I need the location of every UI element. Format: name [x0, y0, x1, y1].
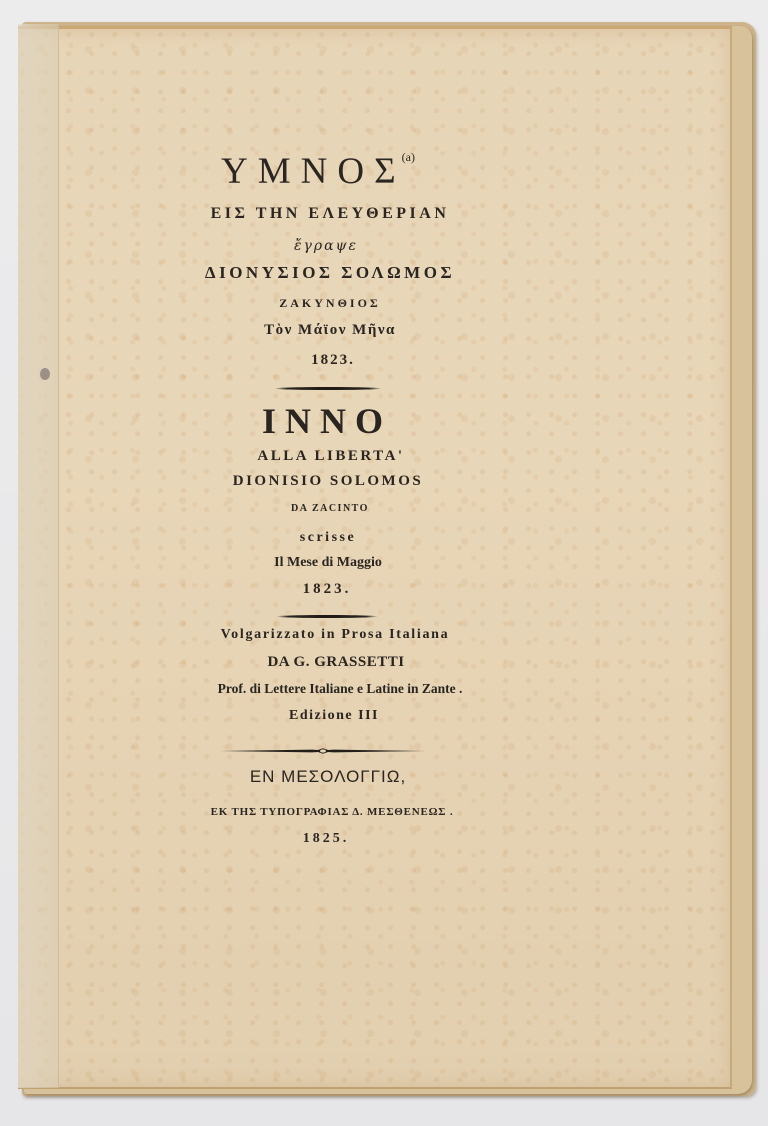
greek-subtitle: ΕΙΣ ΤΗΝ ΕΛΕΥΘΕΡΙΑΝ: [211, 205, 450, 223]
title-page-text: ΥΜΝΟΣ(a) ΕΙΣ ΤΗΝ ΕΛΕΥΘΕΡΙΑΝ ἔγραψε ΔΙΟΝΥ…: [0, 0, 768, 1126]
imprint-place: ΕΝ ΜΕΣΟΛΟΓΓΙΩ,: [250, 767, 406, 787]
greek-title: ΥΜΝΟΣ(a): [221, 150, 415, 193]
edition-label: Edizione III: [289, 708, 379, 724]
translation-note: Volgarizzato in Prosa Italiana: [221, 627, 450, 643]
ornamental-rule-icon: [220, 747, 426, 755]
imprint-press: ΕΚ ΤΗΣ ΤΥΠΟΓΡΑΦΙΑΣ Δ. ΜΕΣΘΕΝΕΩΣ .: [211, 806, 454, 818]
italian-title: INNO: [262, 400, 392, 442]
translator-credentials: Prof. di Lettere Italiane e Latine in Za…: [218, 681, 463, 697]
divider-rule: [274, 387, 382, 390]
footnote-mark: (a): [402, 150, 415, 164]
greek-month: Τὸν Μάϊον Μῆνα: [264, 322, 396, 339]
greek-wrote: ἔγραψε: [294, 238, 358, 254]
italian-author: DIONISIO SOLOMOS: [233, 473, 423, 490]
greek-year: 1823.: [311, 352, 355, 369]
greek-title-text: ΥΜΝΟΣ: [221, 151, 406, 192]
greek-origin: ΖΑΚΥΝΘΙΟΣ: [279, 296, 381, 311]
divider-rule: [276, 615, 378, 618]
italian-year: 1823.: [303, 581, 352, 598]
italian-subtitle: ALLA LIBERTA': [257, 448, 404, 465]
italian-month: Il Mese di Maggio: [274, 555, 382, 571]
imprint-year: 1825.: [303, 831, 350, 847]
scan-background: ΥΜΝΟΣ(a) ΕΙΣ ΤΗΝ ΕΛΕΥΘΕΡΙΑΝ ἔγραψε ΔΙΟΝΥ…: [0, 0, 768, 1126]
italian-origin: DA ZACINTO: [291, 503, 369, 514]
italian-wrote: scrisse: [300, 530, 356, 546]
greek-author: ΔΙΟΝΥΣΙΟΣ ΣΟΛΩΜΟΣ: [205, 263, 455, 283]
translator-name: DA G. GRASSETTI: [267, 654, 404, 671]
